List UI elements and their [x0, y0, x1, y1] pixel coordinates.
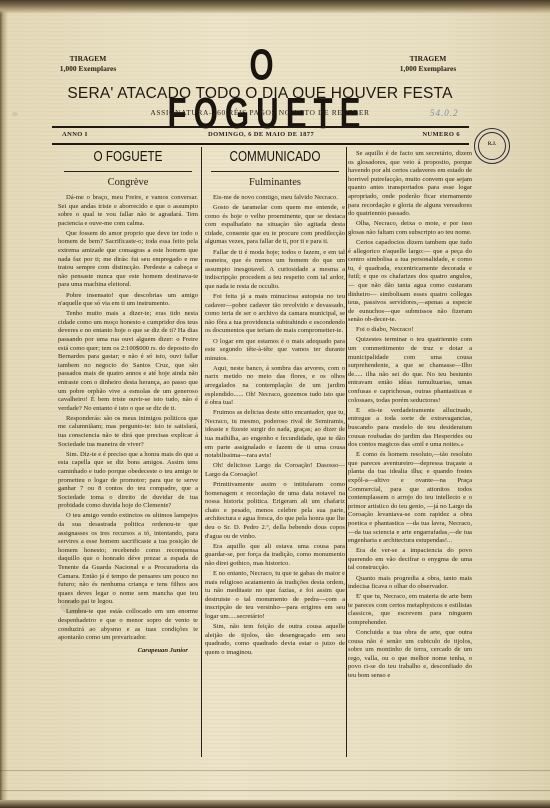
issue-number: NUMERO 6: [422, 131, 460, 138]
tiragem-right: TIRAGEM 1,000 Exemplares: [388, 54, 468, 74]
paragraph: Lembra-te que estás collocado em um enor…: [58, 608, 198, 642]
paragraph: E como és homem resoluto,—tão resoluto q…: [348, 451, 472, 546]
paragraph: Concluida a tua obra de arte, que outra …: [348, 629, 472, 681]
masthead: TIRAGEM 1,000 Exemplares O FOGUETE TIRAG…: [0, 38, 550, 128]
bottom-edge: [0, 800, 550, 808]
fold-line: [0, 770, 550, 771]
paragraph: Eis-me de novo comtigo, meu falvido Necr…: [205, 194, 345, 203]
paragraph: Se aquillo é de facto um secretário, diz…: [348, 150, 472, 219]
issue-year: ANNO I: [62, 131, 88, 138]
paragraph: Responderás: são os meus inimigos politi…: [58, 415, 198, 449]
paragraph: O teu amigo vendo extinctos os ultimos l…: [58, 512, 198, 607]
subscription-notice: ASSIGNATURA—60 RÉIS PAGOS NO ACTO DE REC…: [120, 108, 400, 117]
paragraph: Quizestes terminar o teu quatriennio com…: [348, 336, 472, 405]
paragraph: Foi o diabo, Necraco!: [348, 326, 472, 335]
newspaper-motto: SERA' ATACADO TODO O DIA QUE HOUVER FEST…: [50, 85, 470, 103]
paragraph: Que fossem do amor proprio que deve ter …: [58, 230, 198, 290]
paragraph: Fallar de ti é moda hoje; todos o fazem,…: [205, 249, 345, 292]
paragraph: Tenho muito mais a dizer-te; eras tido n…: [58, 310, 198, 413]
tiragem-left-value: 1,000 Exemplares: [48, 64, 128, 74]
paragraph: E' que tu, Necraco, em materia de arte b…: [348, 593, 472, 627]
column-continuation: Se aquillo é de facto um secretário, diz…: [348, 150, 472, 682]
paragraph: Era aquillo que ali estava uma cousa par…: [205, 543, 345, 569]
tiragem-right-value: 1,000 Exemplares: [388, 64, 468, 74]
newspaper-page: TIRAGEM 1,000 Exemplares O FOGUETE TIRAG…: [0, 0, 550, 808]
paragraph: Fruimos as delicias deste sitio encantad…: [205, 409, 345, 461]
paragraph: E no entanto, Necraco, tu que te gabas d…: [205, 570, 345, 622]
paragraph: O logar em que estamos é o mais adequado…: [205, 338, 345, 364]
paragraph: Pobre insensato! que descobrias um amigo…: [58, 292, 198, 309]
paragraph: Sim. Diz-te e é preciso que a honra mais…: [58, 451, 198, 511]
issue-date: DOMINGO, 6 DE MAIO DE 1877: [208, 131, 314, 138]
paragraph: Dá-me o braço, meu Freire, e vamos conve…: [58, 194, 198, 228]
paragraph: E eis-te verdadeiramente allucinado, ent…: [348, 407, 472, 450]
paragraph: Olha, Necraco, deixa o mote, e por isso …: [348, 220, 472, 237]
author-signature: Carapeuan Junior: [58, 647, 198, 656]
masthead-rule-top: [52, 126, 469, 128]
handwritten-catalog-note: 54.0.2: [430, 108, 459, 118]
paragraph: Foi feita já a mais minuciosa autopsia n…: [205, 293, 345, 336]
heading-rule: [211, 171, 339, 172]
paragraph: Gosto de taramelar com quem me entende, …: [205, 204, 345, 247]
dateline: ANNO I DOMINGO, 6 DE MAIO DE 1877 NUMERO…: [58, 131, 466, 143]
paragraph: Certos capadocios dizem tambem que tudo …: [348, 239, 472, 325]
tiragem-left-label: TIRAGEM: [48, 54, 128, 64]
column-heading: COMMUNICADO: [220, 147, 329, 167]
stamp-center-text: R.J.: [475, 142, 509, 147]
dateline-rule-bottom: [52, 143, 469, 145]
library-stamp: R.J.: [474, 128, 510, 164]
paragraph: Oh! delicioso Largo da Coroação! Dasosso…: [205, 462, 345, 479]
torn-top-edge: [0, 0, 550, 14]
article-title: Fulminantes: [205, 176, 345, 190]
column-divider-1: [201, 147, 202, 757]
heading-rule: [64, 171, 192, 172]
paragraph: Quanto mais progredia a obra, tanto mais…: [348, 575, 472, 592]
column-communicado: COMMUNICADO Fulminantes Eis-me de novo c…: [205, 147, 345, 659]
paragraph: Sim, não tem feição de outra cousa aquel…: [205, 623, 345, 657]
article-title: Congrève: [58, 176, 198, 190]
fold-line: [0, 790, 550, 791]
column-divider-2: [346, 147, 347, 757]
paragraph: Primitivamente assim o intitularam como …: [205, 481, 345, 541]
tiragem-right-label: TIRAGEM: [388, 54, 468, 64]
paragraph: Era de ver-se a impaciencia do povo quer…: [348, 547, 472, 573]
paragraph: Aqui, neste banco, á sombra das arvores,…: [205, 365, 345, 408]
column-heading: O FOGUETE: [73, 147, 182, 167]
tiragem-left: TIRAGEM 1,000 Exemplares: [48, 54, 128, 74]
column-o-foguete: O FOGUETE Congrève Dá-me o braço, meu Fr…: [58, 147, 198, 655]
